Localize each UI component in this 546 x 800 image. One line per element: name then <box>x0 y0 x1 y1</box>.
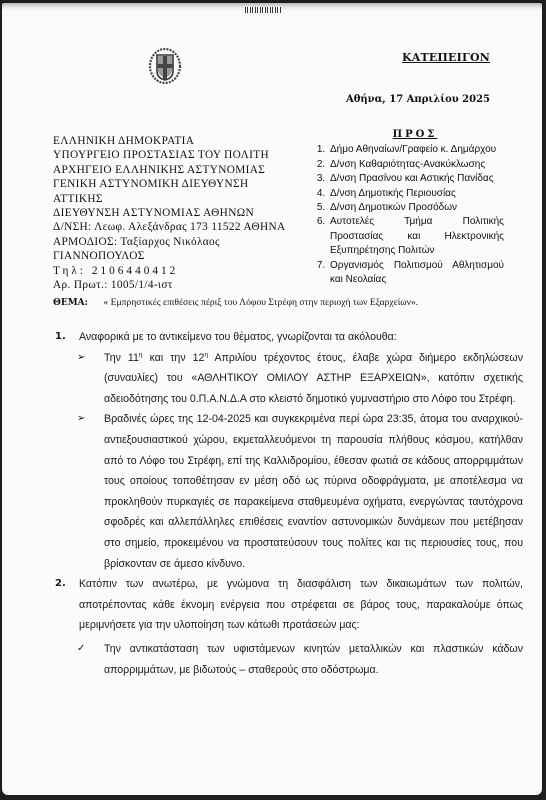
bullet-text: Την αντικατάσταση των υφιστάμενων κινητώ… <box>104 639 523 680</box>
subject-text: « Εμπρηστικές επιθέσεις πέριξ του Λόφου … <box>103 297 418 308</box>
sender-line: ΥΠΟΥΡΓΕΙΟ ΠΡΟΣΤΑΣΙΑΣ ΤΟΥ ΠΟΛΙΤΗ <box>53 148 293 162</box>
recipient-item: Δ/νση Δημοτικών Προσόδων <box>328 201 504 215</box>
paragraph-number: 1. <box>53 327 79 348</box>
recipients-block: ΠΡΟΣ Δήμο Αθηναίων/Γραφείο κ. Δημάρχου Δ… <box>308 128 504 287</box>
protocol-number: Αρ. Πρωτ.: 1005/1/4-ιστ <box>53 278 293 292</box>
recipient-item: Οργανισμός Πολιτισμού Αθλητισμού και Νεο… <box>328 259 504 288</box>
recipient-item: Δ/νση Καθαριότητας-Ανακύκλωσης <box>328 158 504 172</box>
subject-line: ΘΕΜΑ: « Εμπρηστικές επιθέσεις πέριξ του … <box>53 297 523 308</box>
paragraph-2: 2. Κατόπιν των ανωτέρω, με γνώμονα τη δι… <box>53 574 523 636</box>
document-page: ΚΑΤΕΠΕΙΓΟΝ Αθήνα, 17 Απριλίου 2025 ΕΛΛΗΝ… <box>2 3 542 795</box>
checkmark-bullet-icon: ✓ <box>77 639 104 680</box>
bullet-text: Την 11η και την 12η Απριλίου τρέχοντος έ… <box>104 348 523 410</box>
sender-line: ΓΕΝΙΚΗ ΑΣΤΥΝΟΜΙΚΗ ΔΙΕΥΘΥΝΣΗ ΑΤΤΙΚΗΣ <box>53 177 293 206</box>
recipients-title: ΠΡΟΣ <box>308 128 504 142</box>
paragraph-text: Αναφορικά με το αντικείμενο του θέματος,… <box>79 327 523 348</box>
bullet-item: ✓ Την αντικατάσταση των υφιστάμενων κινη… <box>77 639 523 680</box>
subject-label: ΘΕΜΑ: <box>53 298 101 308</box>
arrow-bullet-icon: ➢ <box>77 348 104 410</box>
paragraph-number: 2. <box>53 574 79 636</box>
bullet-item: ➢ Την 11η και την 12η Απριλίου τρέχοντος… <box>77 348 523 410</box>
recipient-item: Αυτοτελές Τμήμα Πολιτικής Προστασίας και… <box>328 215 504 258</box>
document-date: Αθήνα, 17 Απριλίου 2025 <box>346 94 490 105</box>
recipient-item: Δήμο Αθηναίων/Γραφείο κ. Δημάρχου <box>328 143 504 157</box>
paragraph-text: Κατόπιν των ανωτέρω, με γνώμονα τη διασφ… <box>79 574 523 636</box>
bullet-text: Βραδινές ώρες της 12-04-2025 και συγκεκρ… <box>104 409 523 574</box>
document-body: 1. Αναφορικά με το αντικείμενο του θέματ… <box>53 327 523 680</box>
recipients-list: Δήμο Αθηναίων/Γραφείο κ. Δημάρχου Δ/νση … <box>308 143 504 287</box>
recipient-item: Δ/νση Δημοτικής Περιουσίας <box>328 187 504 201</box>
sender-line: ΔΙΕΥΘΥΝΣΗ ΑΣΤΥΝΟΜΙΑΣ ΑΘΗΝΩΝ <box>53 206 293 220</box>
sender-phone: Τηλ: 2106440412 <box>53 264 293 278</box>
bullet-item: ➢ Βραδινές ώρες της 12-04-2025 και συγκε… <box>77 409 523 574</box>
greek-coat-of-arms-icon <box>148 47 182 87</box>
barcode <box>245 7 281 13</box>
sender-block: ΕΛΛΗΝΙΚΗ ΔΗΜΟΚΡΑΤΙΑ ΥΠΟΥΡΓΕΙΟ ΠΡΟΣΤΑΣΙΑΣ… <box>53 134 293 292</box>
urgency-label: ΚΑΤΕΠΕΙΓΟΝ <box>402 51 490 64</box>
sender-officer: ΑΡΜΟΔΙΟΣ: Ταξίαρχος Νικόλαος ΓΙΑΝΝΟΠΟΥΛΟ… <box>53 235 293 264</box>
arrow-bullet-icon: ➢ <box>77 409 104 574</box>
paragraph-1: 1. Αναφορικά με το αντικείμενο του θέματ… <box>53 327 523 348</box>
recipient-item: Δ/νση Πρασίνου και Αστικής Πανίδας <box>328 172 504 186</box>
sender-line: ΑΡΧΗΓΕΙΟ ΕΛΛΗΝΙΚΗΣ ΑΣΤΥΝΟΜΙΑΣ <box>53 163 293 177</box>
sender-line: ΕΛΛΗΝΙΚΗ ΔΗΜΟΚΡΑΤΙΑ <box>53 134 293 148</box>
sender-address: Δ/ΝΣΗ: Λεωφ. Αλεξάνδρας 173 11522 ΑΘΗΝΑ <box>53 220 293 234</box>
